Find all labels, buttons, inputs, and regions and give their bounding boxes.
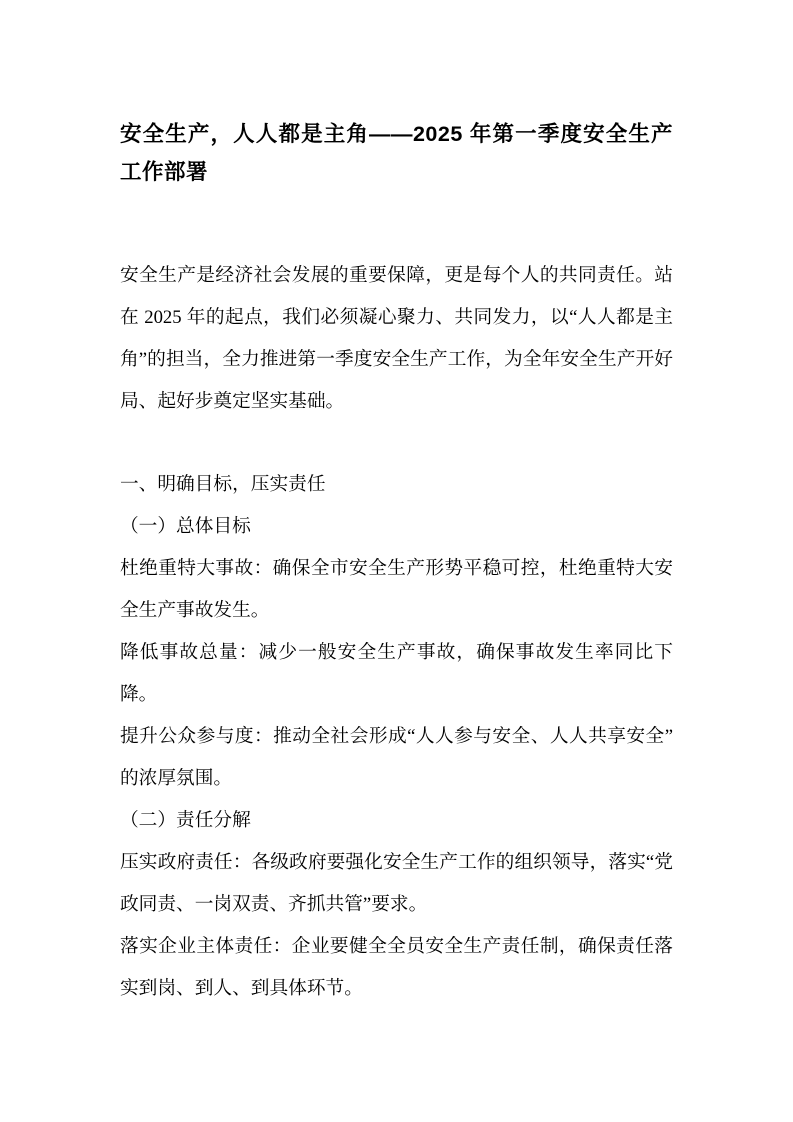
body-paragraph: 落实企业主体责任：企业要健全全员安全生产责任制，确保责任落实到岗、到人、到具体环… <box>120 926 673 1010</box>
document-page: 安全生产，人人都是主角——2025 年第一季度安全生产工作部署 安全生产是经济社… <box>0 0 793 1122</box>
section-heading: 一、明确目标，压实责任 <box>120 464 673 506</box>
document-body: 安全生产是经济社会发展的重要保障，更是每个人的共同责任。站在 2025 年的起点… <box>120 255 673 1010</box>
subsection-heading: （一）总体目标 <box>120 506 673 548</box>
subsection-heading: （二）责任分解 <box>120 800 673 842</box>
document-title: 安全生产，人人都是主角——2025 年第一季度安全生产工作部署 <box>120 115 673 191</box>
body-paragraph: 提升公众参与度：推动全社会形成“人人参与安全、人人共享安全”的浓厚氛围。 <box>120 716 673 800</box>
body-paragraph: 杜绝重特大事故：确保全市安全生产形势平稳可控，杜绝重特大安全生产事故发生。 <box>120 548 673 632</box>
body-paragraph: 降低事故总量：减少一般安全生产事故，确保事故发生率同比下降。 <box>120 632 673 716</box>
body-paragraph: 安全生产是经济社会发展的重要保障，更是每个人的共同责任。站在 2025 年的起点… <box>120 255 673 423</box>
body-paragraph: 压实政府责任：各级政府要强化安全生产工作的组织领导，落实“党政同责、一岗双责、齐… <box>120 842 673 926</box>
